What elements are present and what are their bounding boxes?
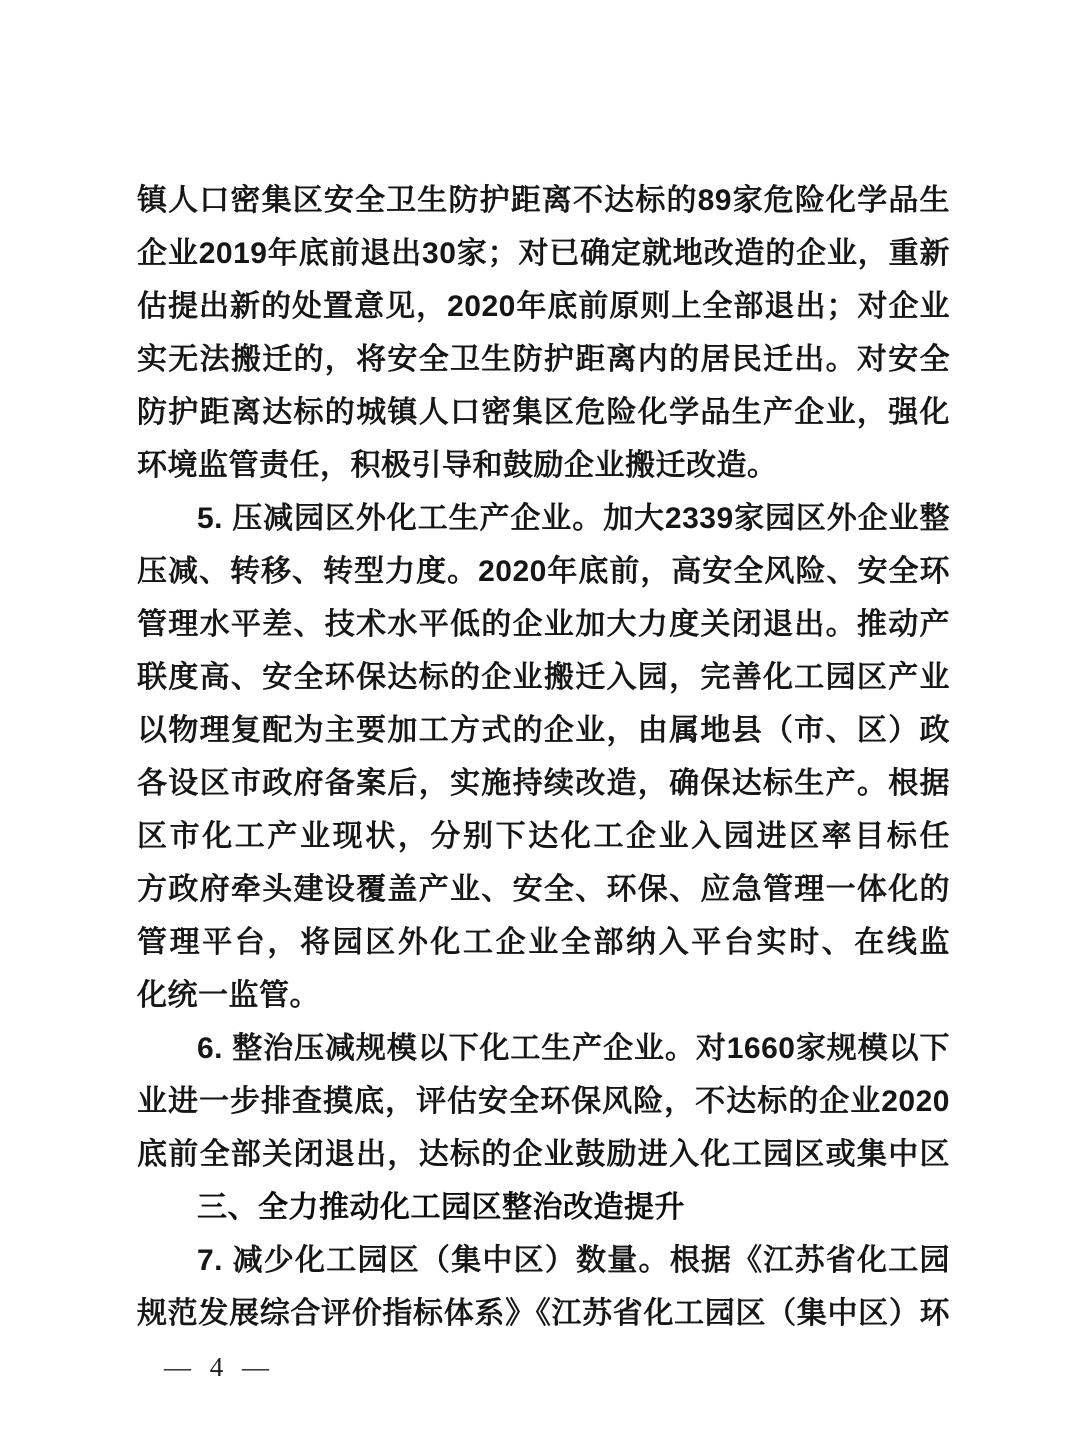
text-line: 压减、转移、转型力度。2020年底前，高安全风险、安全环保 <box>137 545 950 598</box>
section-heading: 三、全力推动化工园区整治改造提升 <box>137 1181 950 1234</box>
text-line: 各设区市政府备案后，实施持续改造，确保达标生产。根据各设 <box>137 757 950 810</box>
text-line-item-5: 5. 压减园区外化工生产企业。加大2339家园区外企业整治、 <box>137 492 950 545</box>
text-line: 镇人口密集区安全卫生防护距离不达标的89家危险化学品生产 <box>137 174 950 227</box>
text-line: 管理水平差、技术水平低的企业加大力度关闭退出。推动产业关 <box>137 598 950 651</box>
text-line: 管理平台，将园区外化工企业全部纳入平台实时、在线监测，强 <box>137 916 950 969</box>
text-line: 企业2019年底前退出30家；对已确定就地改造的企业，重新评 <box>137 227 950 280</box>
text-line: 以物理复配为主要加工方式的企业，由属地县（市、区）政府报 <box>137 704 950 757</box>
text-line: 实无法搬迁的，将安全卫生防护距离内的居民迁出。对安全卫生 <box>137 333 950 386</box>
text-line: 化统一监管。 <box>137 969 950 1022</box>
document-page: 镇人口密集区安全卫生防护距离不达标的89家危险化学品生产 企业2019年底前退出… <box>0 0 1080 1448</box>
text-line: 规范发展综合评价指标体系》《江苏省化工园区（集中区）环境 <box>137 1287 950 1340</box>
text-line: 方政府牵头建设覆盖产业、安全、环保、应急管理一体化的信息 <box>137 863 950 916</box>
text-line-item-6: 6. 整治压减规模以下化工生产企业。对1660家规模以下企 <box>137 1022 950 1075</box>
text-line: 防护距离达标的城镇人口密集区危险化学品生产企业，强化安全 <box>137 386 950 439</box>
page-number: — 4 — <box>164 1352 275 1383</box>
text-line: 联度高、安全环保达标的企业搬迁入园，完善化工园区产业链。 <box>137 651 950 704</box>
text-line: 底前全部关闭退出，达标的企业鼓励进入化工园区或集中区发展。 <box>137 1128 950 1181</box>
text-line-item-7: 7. 减少化工园区（集中区）数量。根据《江苏省化工园区 <box>137 1234 950 1287</box>
document-body: 镇人口密集区安全卫生防护距离不达标的89家危险化学品生产 企业2019年底前退出… <box>137 174 950 1340</box>
text-line: 区市化工产业现状，分别下达化工企业入园进区率目标任务。地 <box>137 810 950 863</box>
text-line: 环境监管责任，积极引导和鼓励企业搬迁改造。 <box>137 439 950 492</box>
text-line: 估提出新的处置意见，2020年底前原则上全部退出；对企业确 <box>137 280 950 333</box>
text-line: 业进一步排查摸底，评估安全环保风险，不达标的企业2020年 <box>137 1075 950 1128</box>
